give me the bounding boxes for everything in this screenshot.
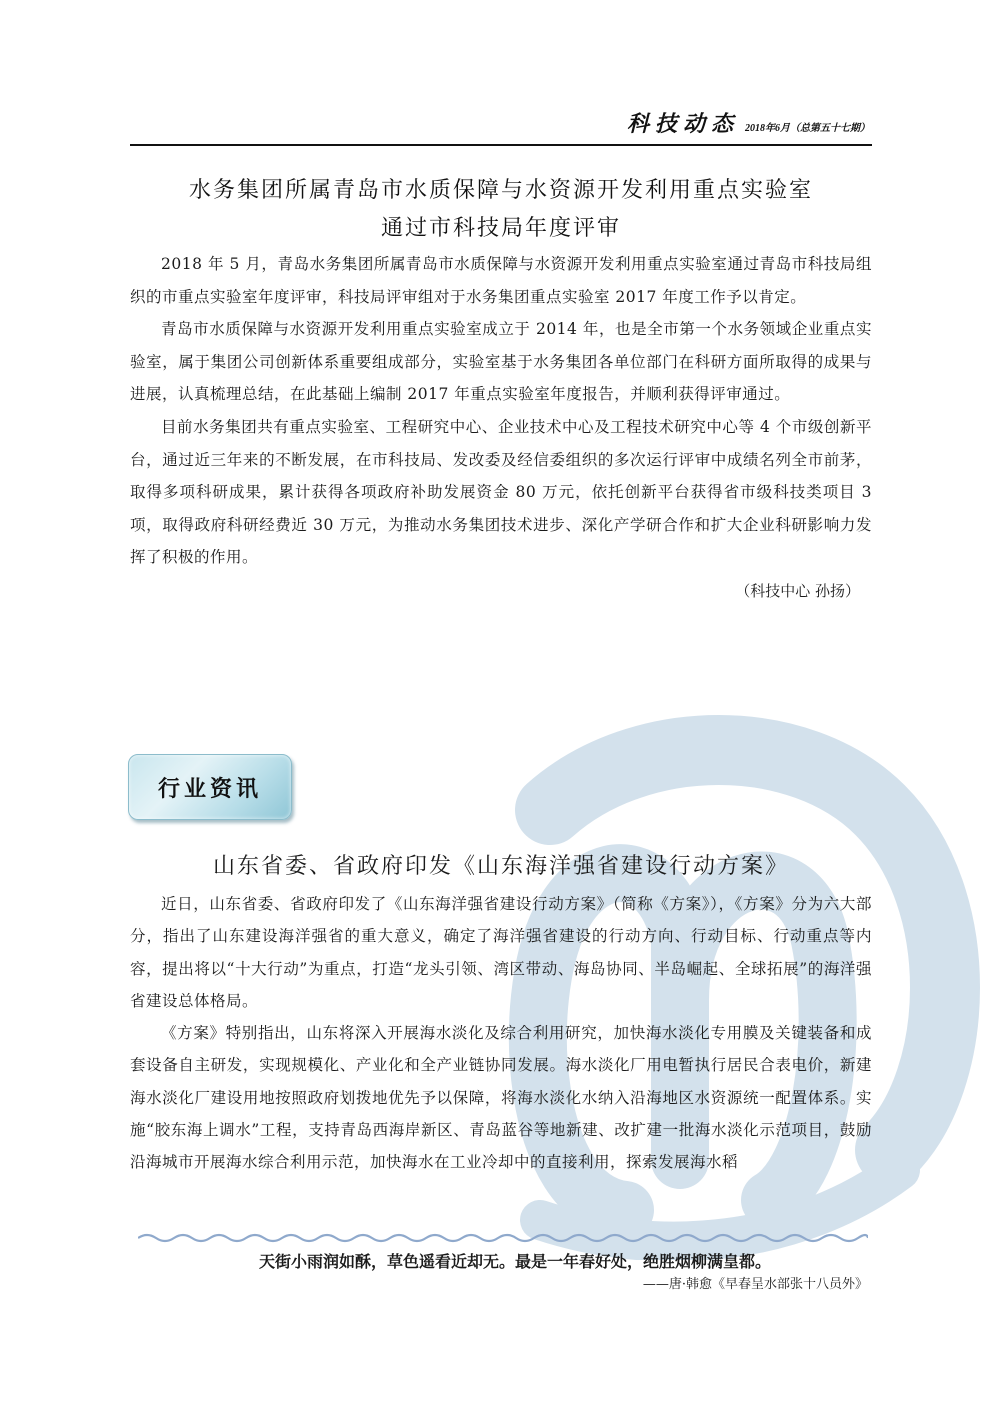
magazine-title: 科技动态 (627, 107, 739, 138)
wave-divider-icon (138, 1231, 868, 1243)
poem-source: ——唐·韩愈《早春呈水部张十八员外》 (130, 1274, 872, 1296)
header-rule (130, 144, 872, 146)
article-paragraph: 2018 年 5 月，青岛水务集团所属青岛市水质保障与水资源开发利用重点实验室通… (130, 248, 872, 313)
section-tag-industry-news: 行业资讯 (128, 754, 292, 820)
issue-label: 2018年6月（总第五十七期） (745, 119, 870, 134)
article-title-line2: 通过市科技局年度评审 (130, 210, 872, 248)
article-lab-review: 水务集团所属青岛市水质保障与水资源开发利用重点实验室 通过市科技局年度评审 20… (130, 172, 872, 608)
article2-title: 山东省委、省政府印发《山东海洋强省建设行动方案》 (130, 848, 872, 886)
poem-text: 天街小雨润如酥，草色遥看近却无。最是一年春好处，绝胜烟柳满皇都。 (130, 1250, 872, 1274)
article-paragraph: 目前水务集团共有重点实验室、工程研究中心、企业技术中心及工程技术研究中心等 4 … (130, 411, 872, 574)
page-header: 科技动态 2018年6月（总第五十七期） (130, 106, 872, 146)
article-paragraph: 近日，山东省委、省政府印发了《山东海洋强省建设行动方案》（简称《方案》），《方案… (130, 888, 872, 1017)
article-byline: （科技中心 孙扬） (130, 574, 872, 608)
article-title-line1: 水务集团所属青岛市水质保障与水资源开发利用重点实验室 (130, 172, 872, 210)
article-marine-plan: 山东省委、省政府印发《山东海洋强省建设行动方案》 近日，山东省委、省政府印发了《… (130, 848, 872, 1179)
footer-poem: 天街小雨润如酥，草色遥看近却无。最是一年春好处，绝胜烟柳满皇都。 ——唐·韩愈《… (130, 1250, 872, 1296)
section-tag-label: 行业资讯 (158, 772, 262, 803)
article-paragraph: 《方案》特别指出，山东将深入开展海水淡化及综合利用研究，加快海水淡化专用膜及关键… (130, 1017, 872, 1178)
article-paragraph: 青岛市水质保障与水资源开发利用重点实验室成立于 2014 年，也是全市第一个水务… (130, 313, 872, 411)
